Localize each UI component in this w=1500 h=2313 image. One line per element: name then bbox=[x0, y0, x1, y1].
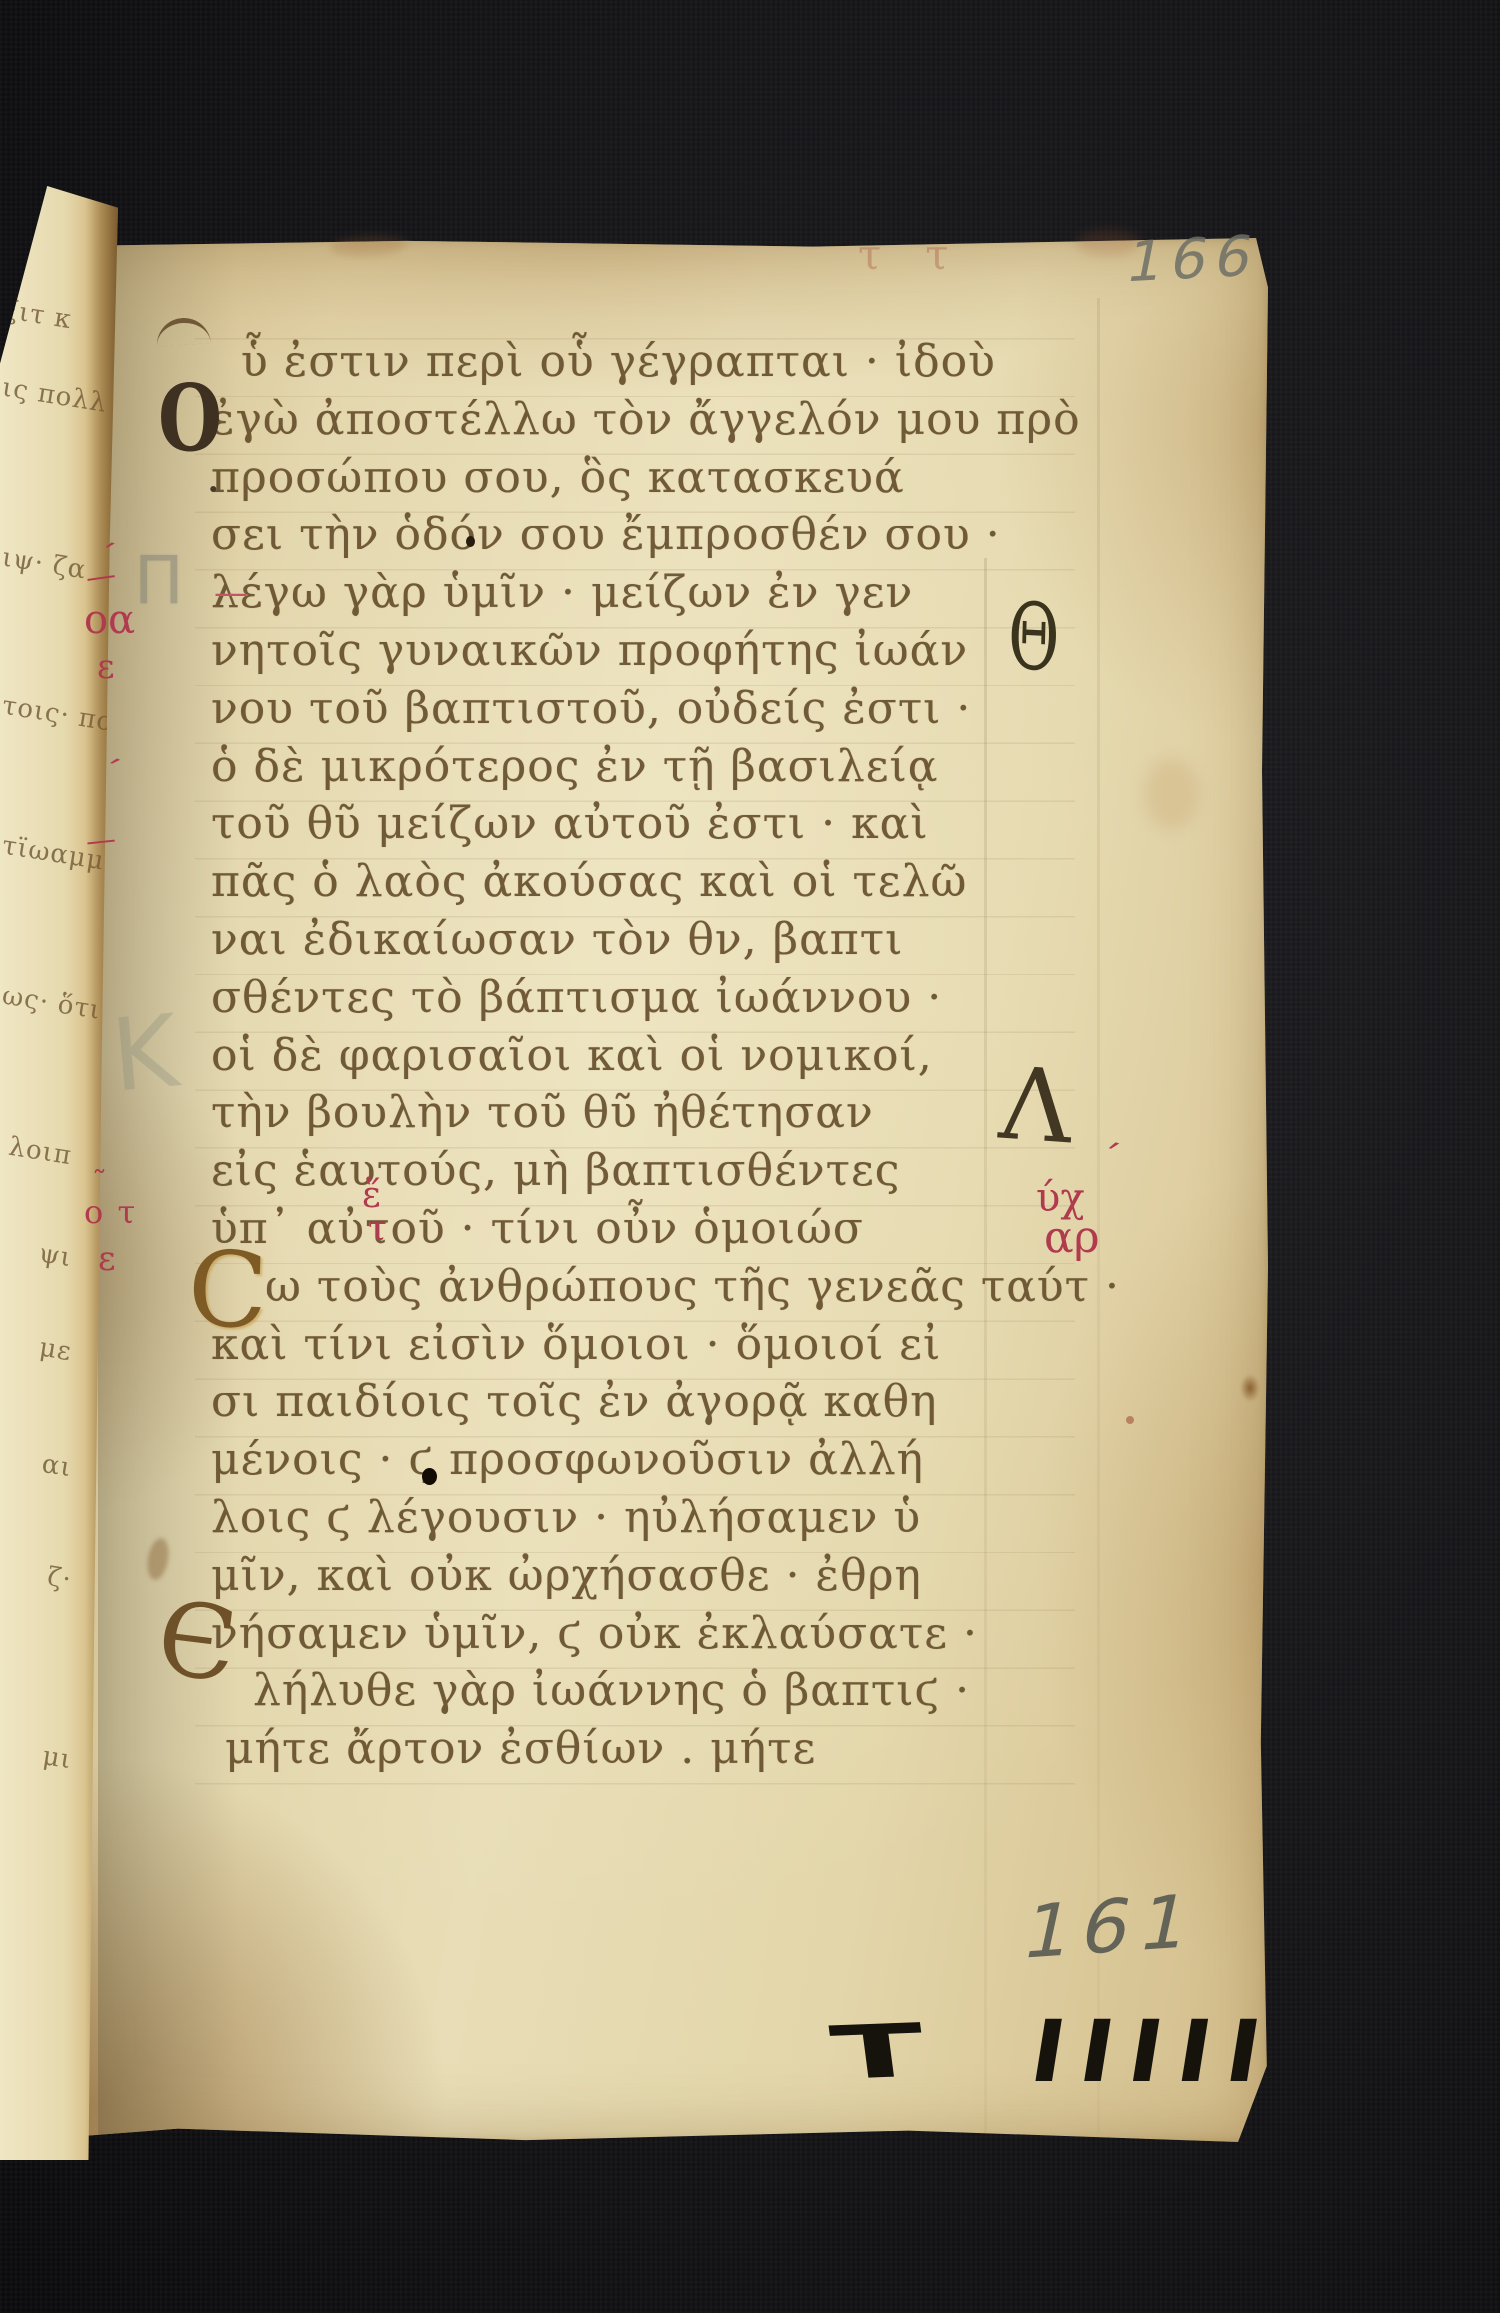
rubric-mark: οα bbox=[84, 600, 135, 640]
text-line: ὑπ᾽ αὐτοῦ · τίνι οὖν ὁμοιώσ bbox=[211, 1200, 1120, 1258]
text-line: ἐγὼ ἀποστέλλω τὸν ἄγγελόν μου πρὸ bbox=[211, 391, 1120, 449]
rubric-mark: — bbox=[85, 825, 118, 858]
text-line: ὗ ἐστιν περὶ οὗ γέγραπται · ἰδοὺ bbox=[211, 333, 1120, 391]
text-line: οἱ δὲ φαρισαῖοι καὶ οἱ νομικοί, bbox=[211, 1027, 1120, 1085]
edge-text-fragment: τϊωαμμ bbox=[0, 831, 74, 872]
marginal-theta: Θ bbox=[1007, 591, 1060, 686]
text-block: ὗ ἐστιν περὶ οὗ γέγραπται · ἰδοὺ ἐγὼ ἀπο… bbox=[211, 333, 1120, 1778]
edge-text-fragment: ιψ· ζα bbox=[0, 543, 74, 584]
text-line: μένοις · ϛ προσφωνοῦσιν ἀλλή bbox=[211, 1431, 1120, 1489]
initial-sigma: C bbox=[186, 1237, 269, 1344]
offset-ink-ghost: ττ bbox=[858, 230, 992, 279]
text-line: ω τοὺς ἀνθρώπους τῆς γενεᾶς ταύτ · bbox=[211, 1258, 1120, 1316]
marginal-lambda: Λ bbox=[997, 1054, 1076, 1159]
text-line: μήτε ἄρτον ἐσθίων . μήτε bbox=[211, 1720, 1120, 1778]
rubric-paragraphos: — bbox=[214, 576, 248, 610]
rubric-mark: ο τ bbox=[84, 1196, 137, 1228]
edge-stain bbox=[1240, 1374, 1260, 1402]
edge-text-fragment: με bbox=[0, 1327, 74, 1368]
text-line: λοις ϛ λέγουσιν · ηὐλήσαμεν ὑ bbox=[211, 1489, 1120, 1547]
text-line: σθέντες τὸ βάπτισμα ἰωάννου · bbox=[211, 969, 1120, 1027]
pencil-pi-mark: Π bbox=[134, 548, 184, 614]
initial-epsilon: Є bbox=[152, 1588, 242, 1699]
text-line: εἰς ἑαυτούς, μὴ βαπτισθέντες bbox=[211, 1142, 1120, 1200]
text-line: σι παιδίοις τοῖς ἐν ἀγορᾷ καθη bbox=[211, 1373, 1120, 1431]
rubric-arche-mark: αρ bbox=[1044, 1216, 1100, 1260]
folio-number-bottom: 161 bbox=[1016, 1884, 1206, 1970]
edge-text-fragment: τοις· πο bbox=[0, 691, 74, 732]
text-line: σει τὴν ὁδόν σου ἔμπροσθέν σου · bbox=[211, 506, 1120, 564]
text-line: πᾶς ὁ λαὸς ἀκούσας καὶ οἱ τελῶ bbox=[211, 853, 1120, 911]
rubric-mark: ε bbox=[97, 650, 115, 684]
text-line: νήσαμεν ὑμῖν, ϛ οὐκ ἐκλαύσατε · bbox=[211, 1605, 1120, 1663]
rubric-lection-mark: τ bbox=[368, 1212, 387, 1246]
manuscript-photograph: ξιτ κ ις πολλ ιψ· ζα τοις· πο τϊωαμμ ως·… bbox=[0, 0, 1500, 2313]
text-line: καὶ τίνι εἰσὶν ὅμοιοι · ὅμοιοί εἰ bbox=[211, 1316, 1120, 1374]
folio-number-top: 166 bbox=[1122, 229, 1265, 292]
edge-text-fragment: αι bbox=[0, 1443, 74, 1484]
text-line: λήλυθε γὰρ ἰωάννης ὁ βαπτιϛ · bbox=[211, 1662, 1120, 1720]
text-line: ναι ἐδικαίωσαν τὸν θν, βαπτι bbox=[211, 911, 1120, 969]
edge-text-fragment: ις πολλ bbox=[0, 373, 74, 414]
text-line: νητοῖς γυναικῶν προφήτης ἰωάν bbox=[211, 622, 1120, 680]
tally-t-mark: T bbox=[827, 2015, 929, 2092]
ink-blot bbox=[422, 1468, 437, 1485]
tally-strokes: IIIII bbox=[1025, 2009, 1282, 2094]
parchment-stain bbox=[1144, 758, 1198, 830]
text-line: τοῦ θῦ μείζων αὐτοῦ ἐστι · καὶ bbox=[211, 795, 1120, 853]
rubric-mark: ε bbox=[98, 1242, 116, 1276]
edge-text-fragment: ως· ὅτι bbox=[0, 981, 74, 1022]
text-line: τὴν βουλὴν τοῦ θῦ ἠθέτησαν bbox=[211, 1084, 1120, 1142]
small-stain bbox=[1126, 1416, 1134, 1424]
edge-text-fragment: μι bbox=[0, 1735, 74, 1776]
pencil-k-mark: Κ bbox=[108, 1001, 182, 1106]
edge-text-fragment: ζ· bbox=[0, 1555, 74, 1596]
rubric-mark: — bbox=[84, 560, 118, 594]
initial-omicron: Ο bbox=[158, 372, 222, 464]
text-line: λέγω γὰρ ὑμῖν · μείζων ἐν γεν bbox=[211, 564, 1120, 622]
edge-text-fragment: ψι bbox=[0, 1233, 74, 1274]
text-line: ὁ δὲ μικρότερος ἐν τῇ βασιλείᾳ bbox=[211, 738, 1120, 796]
ink-speck bbox=[466, 536, 475, 547]
text-line: μῖν, καὶ οὐκ ὠρχήσασθε · ἐθρη bbox=[211, 1547, 1120, 1605]
edge-text-fragment: λοιπ bbox=[0, 1131, 74, 1172]
punctuation-dot: · bbox=[206, 462, 221, 516]
text-line: προσώπου σου, ὃς κατασκευά bbox=[211, 449, 1120, 507]
text-line: νου τοῦ βαπτιστοῦ, οὐδείς ἐστι · bbox=[211, 680, 1120, 738]
